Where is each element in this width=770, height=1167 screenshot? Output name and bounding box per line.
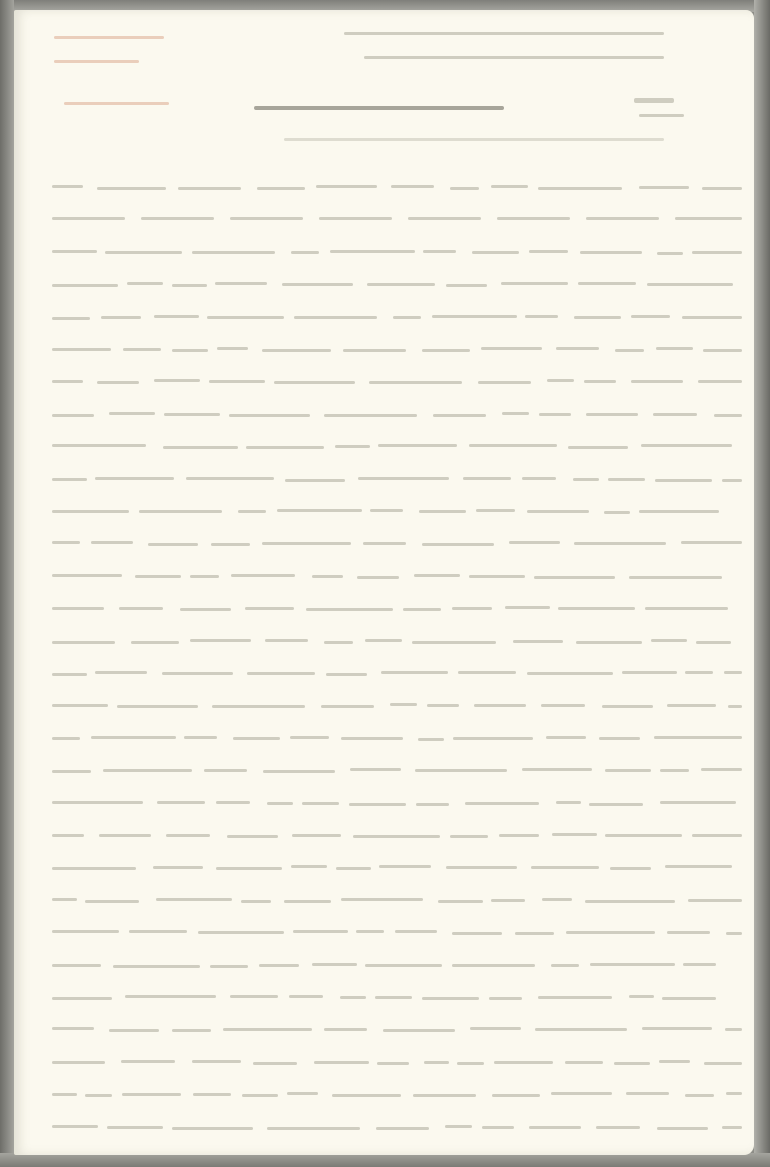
handwritten-line [52,180,740,194]
scan-frame-right [754,0,770,1167]
handwritten-line [52,893,740,907]
handwritten-line [52,731,740,745]
handwritten-line [52,990,740,1004]
handwritten-line [52,536,740,550]
handwritten-line [52,958,740,972]
handwritten-line [52,828,740,842]
handwritten-line [52,310,740,324]
handwritten-line [52,925,740,939]
handwritten-line [52,860,740,874]
handwritten-line [52,1120,740,1134]
manuscript-page [14,10,754,1155]
scan-frame-bottom [0,1153,770,1167]
handwritten-line [52,569,740,583]
handwritten-line [52,374,740,388]
handwritten-line [52,634,740,648]
handwritten-line [52,601,740,615]
scan-frame-left [0,0,14,1167]
handwritten-line [52,1022,740,1036]
handwritten-line [52,407,740,421]
handwritten-line [52,342,740,356]
handwritten-line [52,1087,740,1101]
handwritten-line [52,698,740,712]
handwritten-line [52,277,740,291]
handwritten-line [52,472,740,486]
handwritten-line [52,245,740,259]
handwritten-line [52,1055,740,1069]
handwritten-line [52,763,740,777]
handwritten-line [52,212,740,226]
handwritten-line [52,439,740,453]
handwritten-line [52,666,740,680]
handwritten-line [52,504,740,518]
handwritten-line [52,796,740,810]
